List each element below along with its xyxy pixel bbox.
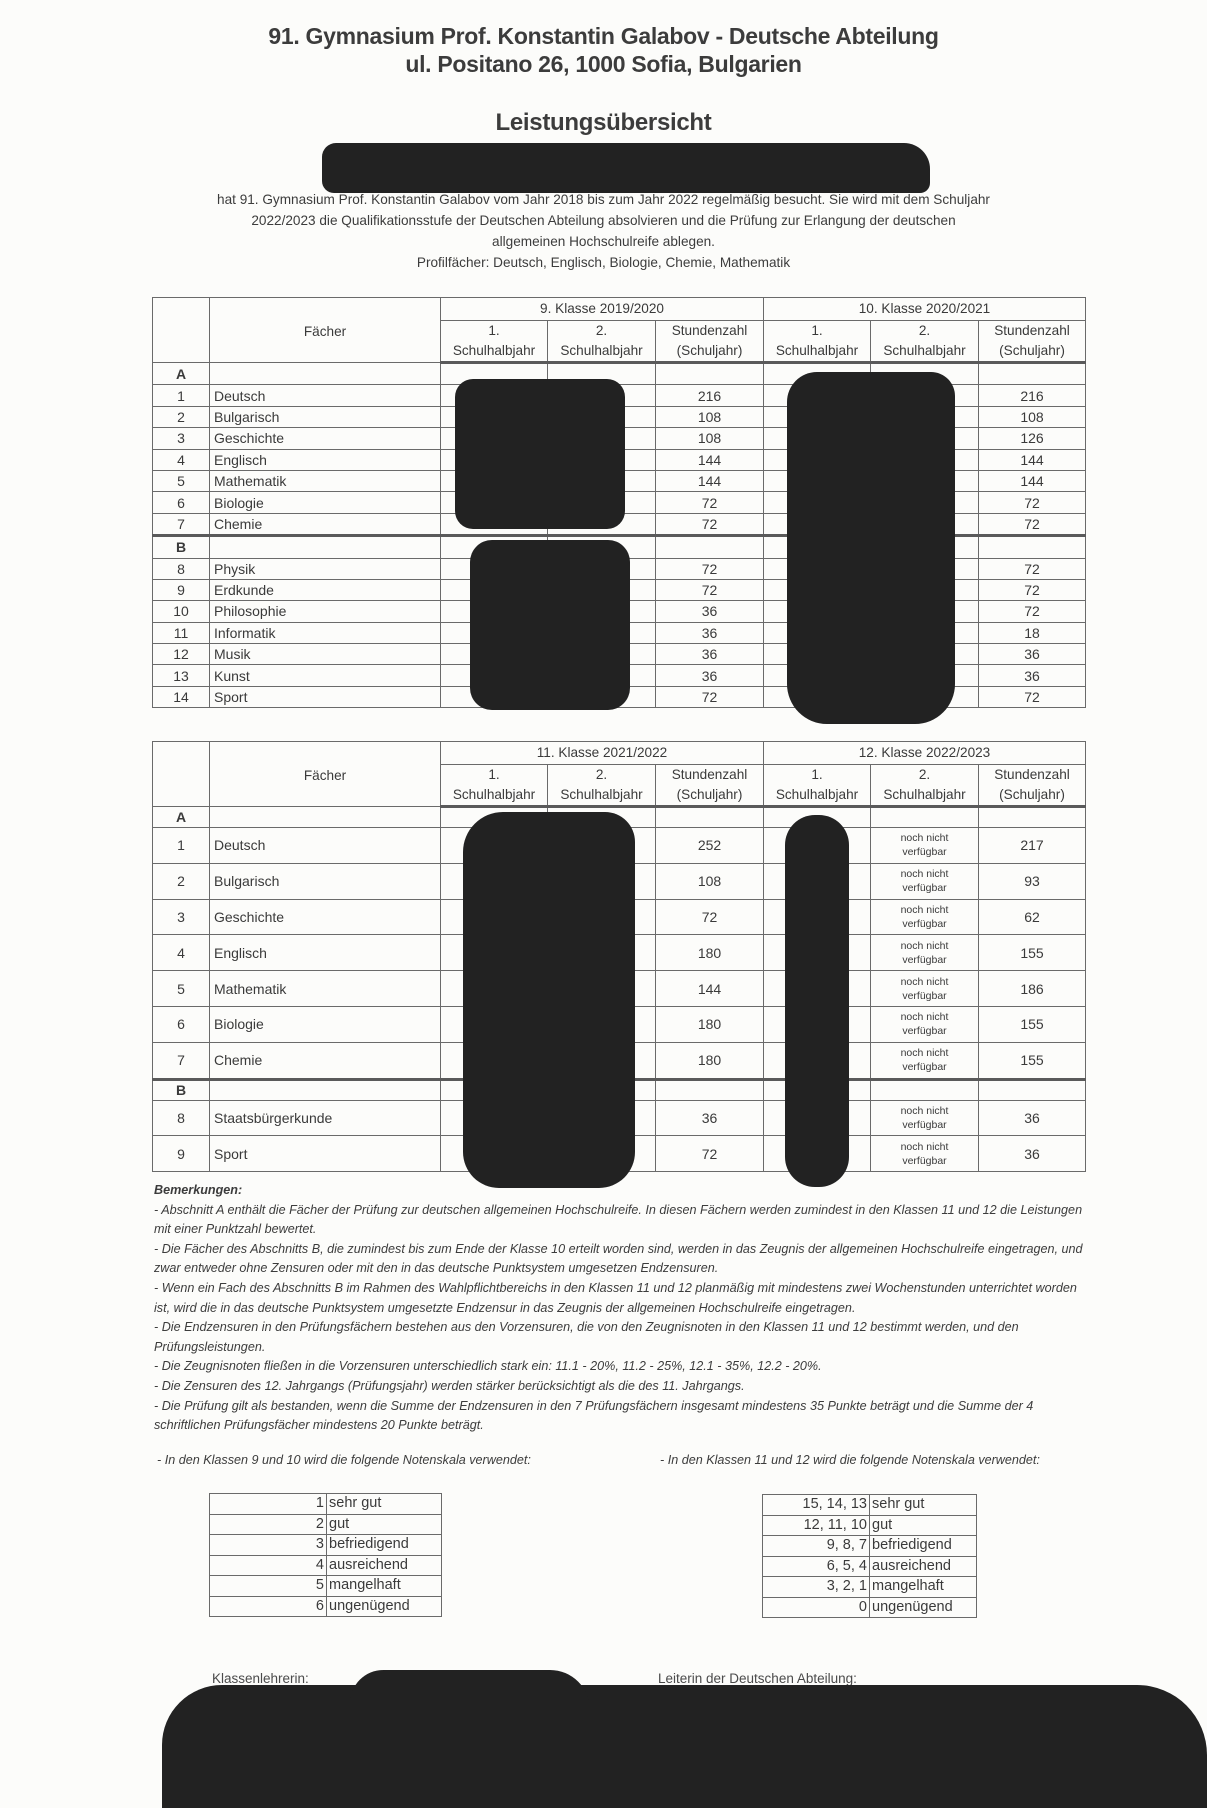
subject-name: Englisch bbox=[210, 935, 441, 971]
profile-subjects: Profilfächer: Deutsch, Englisch, Biologi… bbox=[0, 252, 1207, 273]
hours-left: 108 bbox=[656, 428, 764, 449]
hours-left: 36 bbox=[656, 665, 764, 686]
empty-cell bbox=[210, 363, 441, 385]
grade-value: 5 bbox=[210, 1576, 327, 1597]
section-label: B bbox=[153, 1079, 210, 1100]
hours-right: 108 bbox=[979, 406, 1086, 427]
scale-row: 2gut bbox=[210, 1514, 442, 1535]
remarks-heading: Bemerkungen: bbox=[154, 1181, 1084, 1201]
redaction-signature-hump bbox=[350, 1670, 590, 1710]
grade-value: 3, 2, 1 bbox=[763, 1577, 870, 1598]
hours-right: 144 bbox=[979, 449, 1086, 470]
scale-label-11-12: - In den Klassen 11 und 12 wird die folg… bbox=[660, 1453, 1040, 1467]
scale-row: 3, 2, 1mangelhaft bbox=[763, 1577, 977, 1598]
empty-cell bbox=[210, 536, 441, 558]
subject-name: Sport bbox=[210, 1136, 441, 1172]
hours-left: 180 bbox=[656, 935, 764, 971]
col-half2-right: 2.Schulhalbjahr bbox=[871, 321, 979, 363]
grade-value: 15, 14, 13 bbox=[763, 1495, 870, 1516]
row-number: 3 bbox=[153, 899, 210, 935]
grade-value: 1 bbox=[210, 1494, 327, 1515]
hours-right: 72 bbox=[979, 579, 1086, 600]
subject-name: Geschichte bbox=[210, 428, 441, 449]
col-hours-left: Stundenzahl(Schuljahr) bbox=[656, 321, 764, 363]
grade-label: befriedigend bbox=[870, 1536, 977, 1557]
remark-item: - Wenn ein Fach des Abschnitts B im Rahm… bbox=[154, 1279, 1084, 1318]
hours-right: 155 bbox=[979, 1006, 1086, 1042]
school-address: ul. Positano 26, 1000 Sofia, Bulgarien bbox=[0, 50, 1207, 78]
hours-right: 18 bbox=[979, 622, 1086, 643]
subject-name: Bulgarisch bbox=[210, 863, 441, 899]
row-number: 6 bbox=[153, 492, 210, 513]
empty-cell bbox=[871, 1079, 979, 1100]
subject-name: Chemie bbox=[210, 1042, 441, 1079]
remark-item: - Die Prüfung gilt als bestanden, wenn d… bbox=[154, 1397, 1084, 1436]
grade-label: gut bbox=[870, 1515, 977, 1536]
grade-label: sehr gut bbox=[870, 1495, 977, 1516]
subject-name: Mathematik bbox=[210, 971, 441, 1007]
hours-right: 155 bbox=[979, 1042, 1086, 1079]
grade-half2-right: noch nichtverfügbar bbox=[871, 971, 979, 1007]
hours-left: 36 bbox=[656, 601, 764, 622]
class-teacher-label: Klassenlehrerin: bbox=[212, 1671, 309, 1686]
hours-right: 62 bbox=[979, 899, 1086, 935]
col-half2-right: 2.Schulhalbjahr bbox=[871, 765, 979, 807]
subject-name: Informatik bbox=[210, 622, 441, 643]
intro-line-3: allgemeinen Hochschulreife ablegen. bbox=[0, 231, 1207, 252]
scale-row: 15, 14, 13sehr gut bbox=[763, 1495, 977, 1516]
section-label: A bbox=[153, 363, 210, 385]
col-hours-right: Stundenzahl(Schuljahr) bbox=[979, 765, 1086, 807]
grade-value: 4 bbox=[210, 1555, 327, 1576]
hours-left: 108 bbox=[656, 406, 764, 427]
hours-right: 72 bbox=[979, 513, 1086, 535]
grade-label: sehr gut bbox=[327, 1494, 442, 1515]
intro-line-2: 2022/2023 die Qualifikationsstufe der De… bbox=[0, 210, 1207, 231]
year-header-right: 10. Klasse 2020/2021 bbox=[764, 298, 1086, 321]
redaction-grades-9b bbox=[470, 540, 630, 710]
subject-name: Philosophie bbox=[210, 601, 441, 622]
subject-name: Kunst bbox=[210, 665, 441, 686]
grade-value: 6, 5, 4 bbox=[763, 1556, 870, 1577]
hours-right: 144 bbox=[979, 470, 1086, 491]
hours-right: 126 bbox=[979, 428, 1086, 449]
grade-label: mangelhaft bbox=[327, 1576, 442, 1597]
col-hours-left: Stundenzahl(Schuljahr) bbox=[656, 765, 764, 807]
subject-name: Biologie bbox=[210, 1006, 441, 1042]
row-number: 8 bbox=[153, 1100, 210, 1136]
row-number: 14 bbox=[153, 686, 210, 707]
grade-half2-right: noch nichtverfügbar bbox=[871, 1136, 979, 1172]
grade-value: 12, 11, 10 bbox=[763, 1515, 870, 1536]
scale-row: 1sehr gut bbox=[210, 1494, 442, 1515]
redaction-signatures bbox=[162, 1685, 1207, 1808]
hours-right: 155 bbox=[979, 935, 1086, 971]
row-number: 11 bbox=[153, 622, 210, 643]
redaction-grades-11 bbox=[463, 812, 635, 1188]
hours-right: 36 bbox=[979, 644, 1086, 665]
row-number: 7 bbox=[153, 513, 210, 535]
row-number: 5 bbox=[153, 470, 210, 491]
hours-left: 216 bbox=[656, 385, 764, 406]
row-number: 3 bbox=[153, 428, 210, 449]
scale-row: 12, 11, 10gut bbox=[763, 1515, 977, 1536]
hours-left: 72 bbox=[656, 558, 764, 579]
row-number: 2 bbox=[153, 863, 210, 899]
grade-scale-11-12: 15, 14, 13sehr gut12, 11, 10gut9, 8, 7be… bbox=[762, 1494, 977, 1618]
empty-cell bbox=[656, 807, 764, 828]
empty-cell bbox=[979, 363, 1086, 385]
col-hours-right: Stundenzahl(Schuljahr) bbox=[979, 321, 1086, 363]
hours-left: 144 bbox=[656, 470, 764, 491]
row-number: 13 bbox=[153, 665, 210, 686]
scale-label-9-10: - In den Klassen 9 und 10 wird die folge… bbox=[157, 1453, 531, 1467]
intro-text: hat 91. Gymnasium Prof. Konstantin Galab… bbox=[0, 189, 1207, 273]
scale-row: 5mangelhaft bbox=[210, 1576, 442, 1597]
subject-name: Musik bbox=[210, 644, 441, 665]
empty-cell bbox=[210, 807, 441, 828]
hours-right: 36 bbox=[979, 665, 1086, 686]
subject-name: Englisch bbox=[210, 449, 441, 470]
scale-row: 6ungenügend bbox=[210, 1596, 442, 1617]
empty-cell bbox=[979, 807, 1086, 828]
school-name: 91. Gymnasium Prof. Konstantin Galabov -… bbox=[0, 22, 1207, 50]
hours-left: 144 bbox=[656, 449, 764, 470]
hours-left: 180 bbox=[656, 1006, 764, 1042]
col-half1-left: 1.Schulhalbjahr bbox=[441, 321, 548, 363]
grade-half2-right: noch nichtverfügbar bbox=[871, 828, 979, 864]
grade-label: befriedigend bbox=[327, 1535, 442, 1556]
grade-half2-right: noch nichtverfügbar bbox=[871, 1006, 979, 1042]
redaction-student-name bbox=[322, 143, 930, 193]
hours-right: 72 bbox=[979, 492, 1086, 513]
row-number: 9 bbox=[153, 579, 210, 600]
grade-half2-right: noch nichtverfügbar bbox=[871, 1042, 979, 1079]
hours-left: 252 bbox=[656, 828, 764, 864]
grade-value: 9, 8, 7 bbox=[763, 1536, 870, 1557]
nr-header bbox=[153, 742, 210, 807]
subject-name: Staatsbürgerkunde bbox=[210, 1100, 441, 1136]
hours-right: 72 bbox=[979, 558, 1086, 579]
grade-label: ungenügend bbox=[870, 1597, 977, 1618]
section-label: A bbox=[153, 807, 210, 828]
row-number: 5 bbox=[153, 971, 210, 1007]
year-header-right: 12. Klasse 2022/2023 bbox=[764, 742, 1086, 765]
col-half1-left: 1.Schulhalbjahr bbox=[441, 765, 548, 807]
empty-cell bbox=[656, 363, 764, 385]
redaction-grades-12 bbox=[785, 815, 849, 1187]
hours-right: 217 bbox=[979, 828, 1086, 864]
empty-cell bbox=[656, 1079, 764, 1100]
grade-label: ausreichend bbox=[870, 1556, 977, 1577]
row-number: 1 bbox=[153, 828, 210, 864]
grade-value: 3 bbox=[210, 1535, 327, 1556]
subject-name: Physik bbox=[210, 558, 441, 579]
remark-item: - Die Zeugnisnoten fließen in die Vorzen… bbox=[154, 1357, 1084, 1377]
redaction-grades-9a bbox=[455, 379, 625, 529]
row-number: 6 bbox=[153, 1006, 210, 1042]
col-half1-right: 1.Schulhalbjahr bbox=[764, 321, 871, 363]
grade-scale-9-10: 1sehr gut2gut3befriedigend4ausreichend5m… bbox=[209, 1493, 442, 1617]
year-header-left: 9. Klasse 2019/2020 bbox=[441, 298, 764, 321]
hours-right: 186 bbox=[979, 971, 1086, 1007]
section-label: B bbox=[153, 536, 210, 558]
hours-left: 72 bbox=[656, 579, 764, 600]
row-number: 9 bbox=[153, 1136, 210, 1172]
grade-half2-right: noch nichtverfügbar bbox=[871, 935, 979, 971]
row-number: 1 bbox=[153, 385, 210, 406]
nr-header bbox=[153, 298, 210, 363]
col-half2-left: 2.Schulhalbjahr bbox=[548, 321, 656, 363]
document-title: Leistungsübersicht bbox=[0, 109, 1207, 137]
subject-name: Geschichte bbox=[210, 899, 441, 935]
grade-value: 0 bbox=[763, 1597, 870, 1618]
year-header-left: 11. Klasse 2021/2022 bbox=[441, 742, 764, 765]
col-half1-right: 1.Schulhalbjahr bbox=[764, 765, 871, 807]
scale-row: 3befriedigend bbox=[210, 1535, 442, 1556]
row-number: 12 bbox=[153, 644, 210, 665]
subject-name: Deutsch bbox=[210, 828, 441, 864]
row-number: 8 bbox=[153, 558, 210, 579]
subject-name: Mathematik bbox=[210, 470, 441, 491]
hours-left: 36 bbox=[656, 622, 764, 643]
subjects-header: Fächer bbox=[210, 742, 441, 807]
hours-left: 72 bbox=[656, 899, 764, 935]
hours-right: 72 bbox=[979, 601, 1086, 622]
scale-row: 4ausreichend bbox=[210, 1555, 442, 1576]
subject-name: Erdkunde bbox=[210, 579, 441, 600]
hours-right: 36 bbox=[979, 1100, 1086, 1136]
hours-left: 72 bbox=[656, 1136, 764, 1172]
hours-right: 93 bbox=[979, 863, 1086, 899]
row-number: 4 bbox=[153, 935, 210, 971]
grade-value: 2 bbox=[210, 1514, 327, 1535]
remark-item: - Die Endzensuren in den Prüfungsfächern… bbox=[154, 1318, 1084, 1357]
subject-name: Biologie bbox=[210, 492, 441, 513]
hours-left: 180 bbox=[656, 1042, 764, 1079]
empty-cell bbox=[871, 807, 979, 828]
hours-left: 108 bbox=[656, 863, 764, 899]
subject-name: Deutsch bbox=[210, 385, 441, 406]
empty-cell bbox=[979, 1079, 1086, 1100]
col-half2-left: 2.Schulhalbjahr bbox=[548, 765, 656, 807]
subject-name: Sport bbox=[210, 686, 441, 707]
scale-row: 9, 8, 7befriedigend bbox=[763, 1536, 977, 1557]
hours-left: 36 bbox=[656, 1100, 764, 1136]
hours-right: 216 bbox=[979, 385, 1086, 406]
subject-name: Bulgarisch bbox=[210, 406, 441, 427]
grade-value: 6 bbox=[210, 1596, 327, 1617]
subjects-header: Fächer bbox=[210, 298, 441, 363]
remark-item: - Abschnitt A enthält die Fächer der Prü… bbox=[154, 1201, 1084, 1240]
row-number: 7 bbox=[153, 1042, 210, 1079]
scale-row: 6, 5, 4ausreichend bbox=[763, 1556, 977, 1577]
scale-row: 0ungenügend bbox=[763, 1597, 977, 1618]
grade-half2-right: noch nichtverfügbar bbox=[871, 899, 979, 935]
hours-left: 72 bbox=[656, 513, 764, 535]
row-number: 2 bbox=[153, 406, 210, 427]
hours-right: 36 bbox=[979, 1136, 1086, 1172]
row-number: 10 bbox=[153, 601, 210, 622]
grade-label: ausreichend bbox=[327, 1555, 442, 1576]
empty-cell bbox=[656, 536, 764, 558]
grade-half2-right: noch nichtverfügbar bbox=[871, 863, 979, 899]
hours-left: 36 bbox=[656, 644, 764, 665]
remarks: Bemerkungen: - Abschnitt A enthält die F… bbox=[154, 1181, 1084, 1436]
grade-label: mangelhaft bbox=[870, 1577, 977, 1598]
hours-right: 72 bbox=[979, 686, 1086, 707]
department-head-label: Leiterin der Deutschen Abteilung: bbox=[658, 1671, 857, 1686]
hours-left: 72 bbox=[656, 686, 764, 707]
remark-item: - Die Fächer des Abschnitts B, die zumin… bbox=[154, 1240, 1084, 1279]
empty-cell bbox=[210, 1079, 441, 1100]
empty-cell bbox=[979, 536, 1086, 558]
grade-label: gut bbox=[327, 1514, 442, 1535]
subject-name: Chemie bbox=[210, 513, 441, 535]
remark-item: - Die Zensuren des 12. Jahrgangs (Prüfun… bbox=[154, 1377, 1084, 1397]
row-number: 4 bbox=[153, 449, 210, 470]
grade-half2-right: noch nichtverfügbar bbox=[871, 1100, 979, 1136]
school-header: 91. Gymnasium Prof. Konstantin Galabov -… bbox=[0, 22, 1207, 78]
grade-label: ungenügend bbox=[327, 1596, 442, 1617]
hours-left: 72 bbox=[656, 492, 764, 513]
hours-left: 144 bbox=[656, 971, 764, 1007]
redaction-grades-10 bbox=[787, 372, 955, 724]
